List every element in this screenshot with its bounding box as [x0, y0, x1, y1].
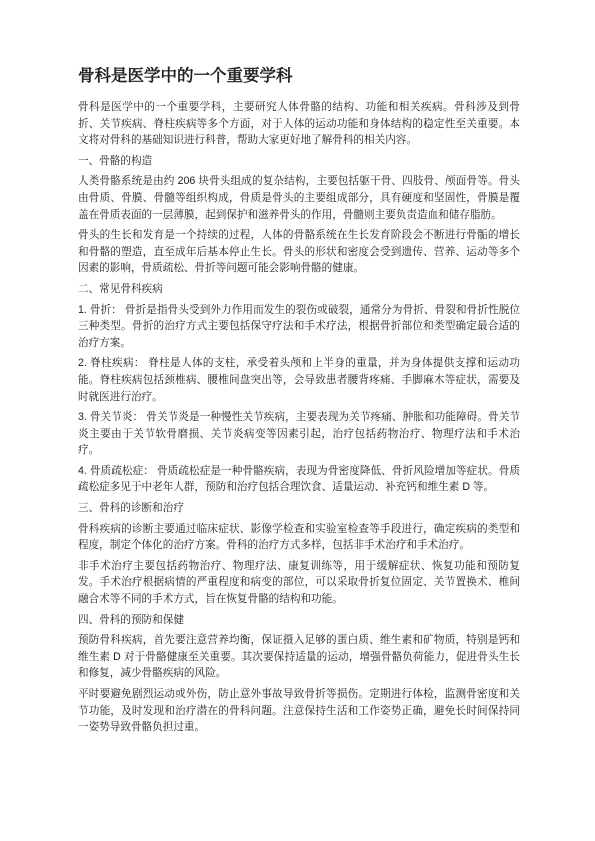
paragraph: 骨科疾病的诊断主要通过临床症状、影像学检查和实验室检查等手段进行，确定疾病的类型…: [78, 521, 520, 554]
section-heading: 三、骨科的诊断和治疗: [78, 500, 520, 517]
paragraph: 平时要避免剧烈运动或外伤，防止意外事故导致骨折等损伤。定期进行体检，监测骨密度和…: [78, 686, 520, 736]
paragraph: 人类骨骼系统是由约 206 块骨头组成的复杂结构，主要包括躯干骨、四肢骨、颅面骨…: [78, 173, 520, 223]
paragraph: 2. 脊柱疾病： 脊柱是人体的支柱，承受着头颅和上半身的重量，并为身体提供支撑和…: [78, 355, 520, 405]
document-page: 骨科是医学中的一个重要学科 骨科是医学中的一个重要学科，主要研究人体骨骼的结构、…: [0, 0, 595, 841]
section-heading: 二、常见骨科疾病: [78, 281, 520, 298]
document-title: 骨科是医学中的一个重要学科: [78, 67, 520, 86]
document-body: 骨科是医学中的一个重要学科，主要研究人体骨骼的结构、功能和相关疾病。骨科涉及到骨…: [78, 99, 520, 736]
paragraph: 骨头的生长和发育是一个持续的过程，人体的骨骼系统在生长发育阶段会不断进行骨骺的增…: [78, 227, 520, 277]
section-heading: 四、骨科的预防和保健: [78, 612, 520, 629]
paragraph: 骨科是医学中的一个重要学科，主要研究人体骨骼的结构、功能和相关疾病。骨科涉及到骨…: [78, 99, 520, 149]
paragraph: 1. 骨折： 骨折是指骨头受到外力作用而发生的裂伤或破裂，通常分为骨折、骨裂和骨…: [78, 302, 520, 352]
paragraph: 4. 骨质疏松症： 骨质疏松症是一种骨骼疾病，表现为骨密度降低、骨折风险增加等症…: [78, 463, 520, 496]
paragraph: 3. 骨关节炎： 骨关节炎是一种慢性关节疾病，主要表现为关节疼痛、肿胀和功能障碍…: [78, 409, 520, 459]
paragraph: 预防骨科疾病，首先要注意营养均衡，保证摄入足够的蛋白质、维生素和矿物质，特别是钙…: [78, 632, 520, 682]
section-heading: 一、骨骼的构造: [78, 153, 520, 170]
paragraph: 非手术治疗主要包括药物治疗、物理疗法、康复训练等，用于缓解症状、恢复功能和预防复…: [78, 558, 520, 608]
